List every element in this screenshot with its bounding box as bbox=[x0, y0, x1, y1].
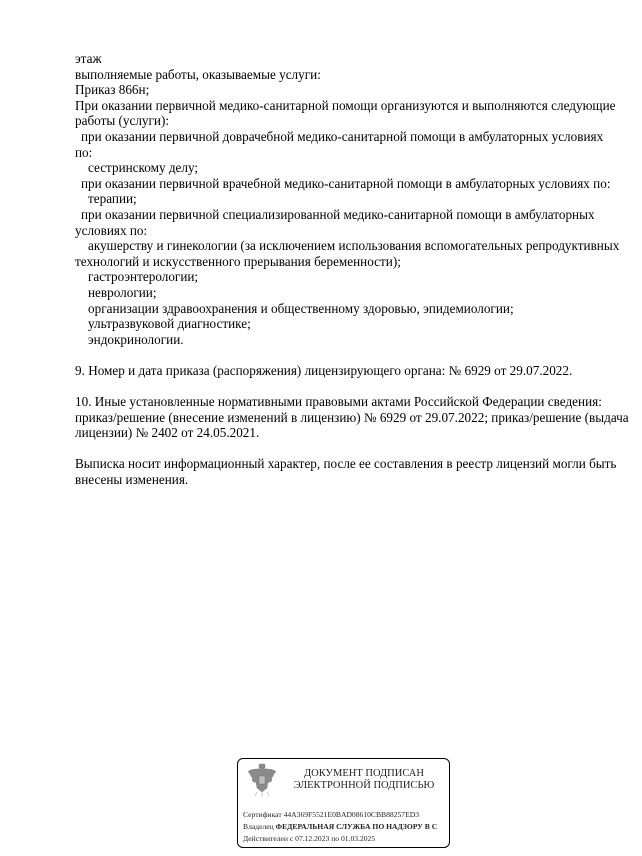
document-line: приказ/решение (внесение изменений в лиц… bbox=[75, 410, 615, 426]
validity-row: Действителен с 07.12.2023 по 01.03.2025 bbox=[243, 834, 375, 843]
document-line: акушерству и гинекологии (за исключением… bbox=[75, 238, 615, 254]
document-body: этажвыполняемые работы, оказываемые услу… bbox=[75, 51, 615, 488]
document-line: эндокринологии. bbox=[75, 332, 615, 348]
document-line: условиях по: bbox=[75, 223, 615, 239]
certificate-value: 44A369F5521E0BAD08610CBB88257ED3 bbox=[284, 810, 419, 819]
blank-line bbox=[75, 378, 615, 394]
document-line: организации здравоохранения и общественн… bbox=[75, 301, 615, 317]
document-line: технологий и искусственного прерывания б… bbox=[75, 254, 615, 270]
document-line: неврологии; bbox=[75, 285, 615, 301]
owner-row: Владелец ФЕДЕРАЛЬНАЯ СЛУЖБА ПО НАДЗОРУ В… bbox=[243, 822, 437, 831]
owner-label: Владелец bbox=[243, 822, 274, 831]
document-line: лицензии) № 2402 от 24.05.2021. bbox=[75, 425, 615, 441]
blank-line bbox=[75, 347, 615, 363]
electronic-signature-stamp: ДОКУМЕНТ ПОДПИСАН ЭЛЕКТРОННОЙ ПОДПИСЬЮ С… bbox=[237, 758, 450, 848]
coat-of-arms-icon bbox=[245, 762, 279, 798]
stamp-title-line-1: ДОКУМЕНТ ПОДПИСАН bbox=[284, 768, 444, 780]
document-line: ультразвуковой диагностике; bbox=[75, 316, 615, 332]
blank-line bbox=[75, 441, 615, 457]
document-line: 9. Номер и дата приказа (распоряжения) л… bbox=[75, 363, 615, 379]
document-line: гастроэнтерологии; bbox=[75, 269, 615, 285]
document-line: работы (услуги): bbox=[75, 113, 615, 129]
certificate-row: Сертификат 44A369F5521E0BAD08610CBB88257… bbox=[243, 810, 419, 819]
validity-value: с 07.12.2023 по 01.03.2025 bbox=[290, 834, 375, 843]
document-line: при оказании первичной доврачебной медик… bbox=[75, 129, 615, 145]
document-line: по: bbox=[75, 145, 615, 161]
document-line: сестринскому делу; bbox=[75, 160, 615, 176]
document-line: внесены изменения. bbox=[75, 472, 615, 488]
validity-label: Действителен bbox=[243, 834, 288, 843]
document-line: 10. Иные установленные нормативными прав… bbox=[75, 394, 615, 410]
stamp-title-line-2: ЭЛЕКТРОННОЙ ПОДПИСЬЮ bbox=[284, 780, 444, 792]
document-line: Выписка носит информационный характер, п… bbox=[75, 456, 615, 472]
document-line: при оказании первичной врачебной медико-… bbox=[75, 176, 615, 192]
certificate-label: Сертификат bbox=[243, 810, 282, 819]
document-line: Приказ 866н; bbox=[75, 82, 615, 98]
stamp-title: ДОКУМЕНТ ПОДПИСАН ЭЛЕКТРОННОЙ ПОДПИСЬЮ bbox=[284, 768, 444, 792]
owner-value: ФЕДЕРАЛЬНАЯ СЛУЖБА ПО НАДЗОРУ В С bbox=[276, 822, 438, 831]
document-line: при оказании первичной специализированно… bbox=[75, 207, 615, 223]
document-line: этаж bbox=[75, 51, 615, 67]
document-line: выполняемые работы, оказываемые услуги: bbox=[75, 67, 615, 83]
document-line: При оказании первичной медико-санитарной… bbox=[75, 98, 615, 114]
document-line: терапии; bbox=[75, 191, 615, 207]
